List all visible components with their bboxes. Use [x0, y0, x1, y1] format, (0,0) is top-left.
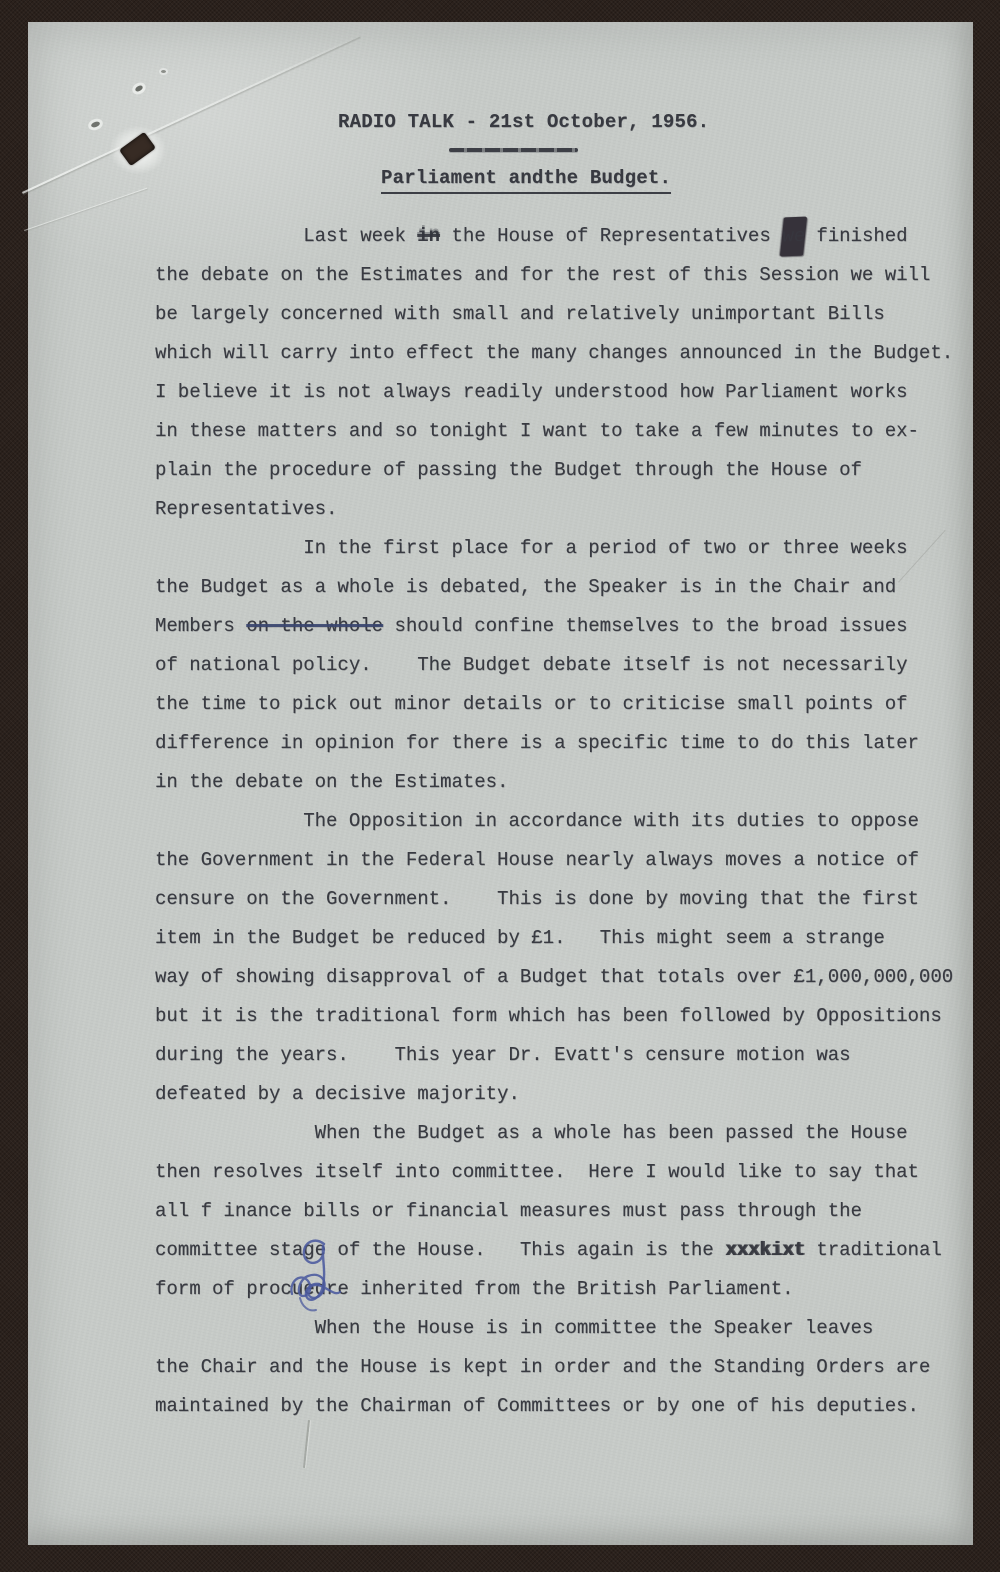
obliterated-word: we [780, 217, 807, 257]
handwritten-transposition-mark [286, 1268, 346, 1320]
typed-line: form of procuedre inherited from the Bri… [155, 1270, 953, 1309]
typed-line: The Opposition in accordance with its du… [155, 802, 953, 841]
typed-line: maintained by the Chairman of Committees… [155, 1387, 953, 1426]
typed-line: Representatives. [155, 490, 953, 529]
typed-line: way of showing disapproval of a Budget t… [155, 958, 953, 997]
typed-line: item in the Budget be reduced by £1. Thi… [155, 919, 953, 958]
pin-hole [161, 70, 166, 73]
typed-line: censure on the Government. This is done … [155, 880, 953, 919]
typed-line: of national policy. The Budget debate it… [155, 646, 953, 685]
typed-line: all f inance bills or financial measures… [155, 1192, 953, 1231]
pin-hole [90, 121, 100, 129]
diagonal-crease [22, 35, 360, 194]
struck-out-word: in [417, 225, 440, 247]
paper-sheet: RADIO TALK - 21st October, 1956. Parliam… [28, 22, 973, 1545]
document-subtitle: Parliament andthe Budget. [381, 166, 671, 194]
typed-line: difference in opinion for there is a spe… [155, 724, 953, 763]
typed-line: be largely concerned with small and rela… [155, 295, 953, 334]
struck-out-word: on the whole [246, 615, 383, 637]
typed-line: the Government in the Federal House near… [155, 841, 953, 880]
typed-line: When the House is in committee the Speak… [155, 1309, 953, 1348]
typed-line: the time to pick out minor details or to… [155, 685, 953, 724]
pin-hole [134, 84, 143, 92]
typed-line: committee stage of the House. This again… [155, 1231, 953, 1270]
typed-line: In the first place for a period of two o… [155, 529, 953, 568]
typed-line: I believe it is not always readily under… [155, 373, 953, 412]
typed-line: then resolves itself into committee. Her… [155, 1153, 953, 1192]
typed-line: Members on the whole should confine them… [155, 607, 953, 646]
typed-line: Last week in the House of Representative… [155, 217, 953, 256]
typed-line: in these matters and so tonight I want t… [155, 412, 953, 451]
document-title: RADIO TALK - 21st October, 1956. [338, 110, 709, 134]
typed-line: in the debate on the Estimates. [155, 763, 953, 802]
typed-line: the Chair and the House is kept in order… [155, 1348, 953, 1387]
typed-dash-rule [449, 148, 578, 152]
typed-line: which will carry into effect the many ch… [155, 334, 953, 373]
typed-line: When the Budget as a whole has been pass… [155, 1114, 953, 1153]
typed-line: the debate on the Estimates and for the … [155, 256, 953, 295]
photographed-typescript-page: { "page": { "background_color": "#2b211c… [0, 0, 1000, 1572]
typed-line: but it is the traditional form which has… [155, 997, 953, 1036]
typescript-body: Last week in the House of Representative… [155, 217, 953, 1426]
struck-out-word: xxxkixt [725, 1239, 805, 1261]
vertical-crease [303, 1420, 310, 1468]
typed-line: defeated by a decisive majority. [155, 1075, 953, 1114]
typed-line: the Budget as a whole is debated, the Sp… [155, 568, 953, 607]
typed-line: during the years. This year Dr. Evatt's … [155, 1036, 953, 1075]
typed-line: plain the procedure of passing the Budge… [155, 451, 953, 490]
diagonal-crease [24, 188, 147, 231]
